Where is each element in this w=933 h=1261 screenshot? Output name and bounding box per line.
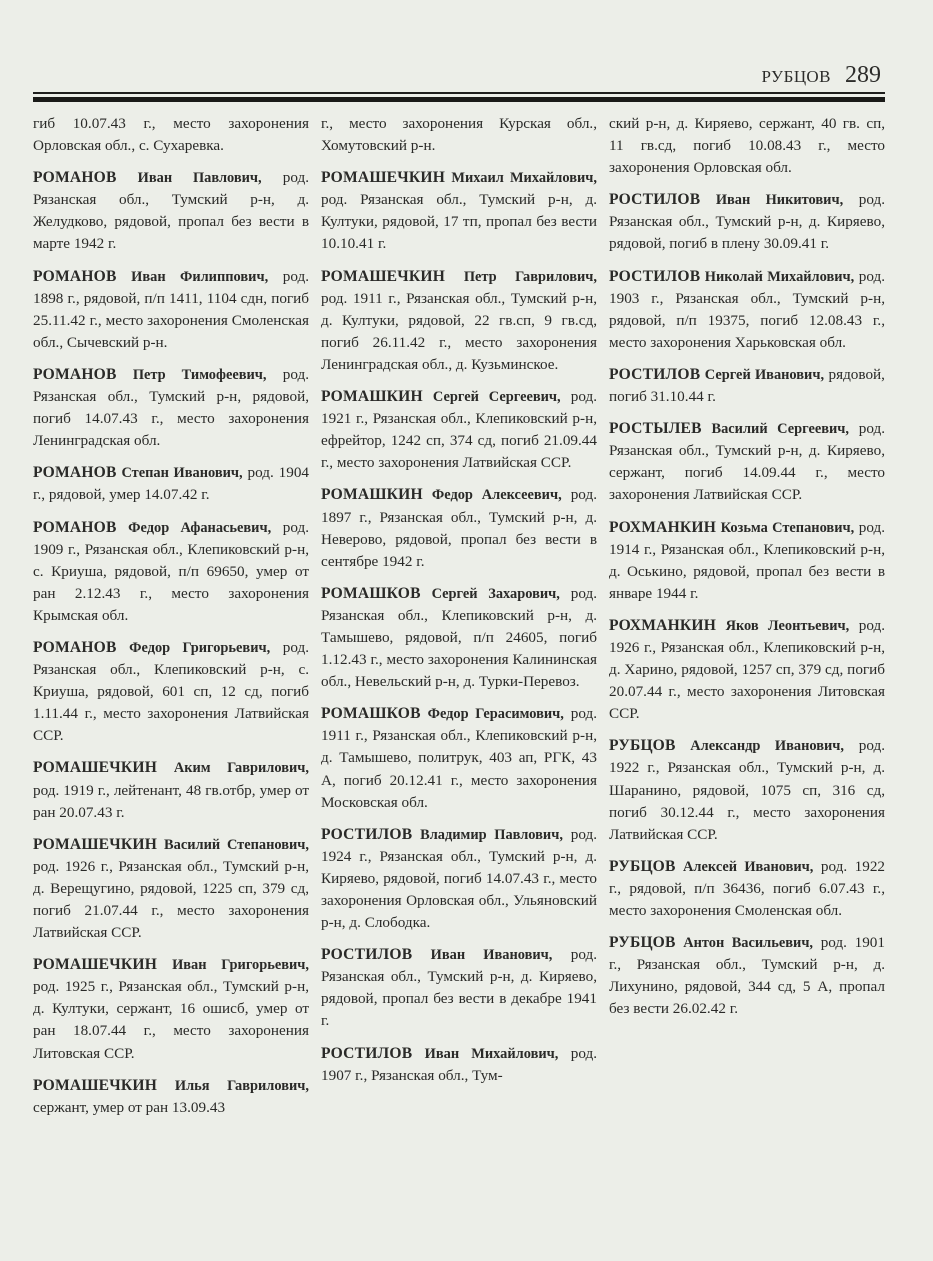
entry-surname: РУБЦОВ xyxy=(609,934,676,951)
entry-surname: РОСТИЛОВ xyxy=(609,366,700,383)
entry-surname: РОМАНОВ xyxy=(33,268,117,285)
continuation-text: ский р-н, д. Киряево, сержант, 40 гв. сп… xyxy=(609,113,885,179)
memorial-entry: РОСТИЛОВ Иван Иванович, род. Рязанская о… xyxy=(321,944,597,1032)
entry-surname: РОМАШЕЧКИН xyxy=(321,268,445,285)
entry-given-name: Александр Иванович, xyxy=(690,738,844,754)
entry-surname: РОСТИЛОВ xyxy=(321,946,412,963)
entry-given-name: Федор Алексеевич, xyxy=(432,487,562,503)
entry-surname: РОСТИЛОВ xyxy=(321,826,412,843)
entry-given-name: Михаил Михайлович, xyxy=(451,170,597,186)
entry-surname: РОМАШКИН xyxy=(321,486,423,503)
entry-given-name: Петр Тимофеевич, xyxy=(133,367,267,383)
memorial-entry: РОМАШЕЧКИН Василий Степанович, род. 1926… xyxy=(33,834,309,944)
memorial-entry: РОСТИЛОВ Николай Михайлович, род. 1903 г… xyxy=(609,266,885,354)
entry-given-name: Козьма Степанович, xyxy=(721,520,855,536)
entry-surname: РОМАШЕЧКИН xyxy=(33,956,157,973)
memorial-entry: РОСТИЛОВ Иван Никитович, род. Рязанская … xyxy=(609,189,885,255)
column-3: ский р-н, д. Киряево, сержант, 40 гв. сп… xyxy=(609,113,885,1129)
memorial-entry: РОМАШКОВ Сергей Захарович, род. Рязанска… xyxy=(321,583,597,693)
text-columns: гиб 10.07.43 г., место захоронения Орлов… xyxy=(33,113,885,1129)
memorial-entry: РОХМАНКИН Козьма Степанович, род. 1914 г… xyxy=(609,517,885,605)
continuation-text: гиб 10.07.43 г., место захоронения Орлов… xyxy=(33,113,309,157)
memorial-entry: РОМАШКОВ Федор Герасимович, род. 1911 г.… xyxy=(321,703,597,813)
memorial-entry: РОМАШКИН Федор Алексеевич, род. 1897 г.,… xyxy=(321,484,597,572)
memorial-entry: РОМАШЕЧКИН Михаил Михайлович, род. Рязан… xyxy=(321,167,597,255)
memorial-entry: РУБЦОВ Алексей Иванович, род. 1922 г., р… xyxy=(609,856,885,922)
entry-given-name: Василий Сергеевич, xyxy=(711,421,849,437)
entry-given-name: Аким Гаврилович, xyxy=(174,760,309,776)
memorial-entry: РОМАНОВ Иван Павлович, род. Рязанская об… xyxy=(33,167,309,255)
entry-given-name: Федор Афанасьевич, xyxy=(128,520,271,536)
entry-details: род. 1926 г., Рязанская обл., Тумский р-… xyxy=(33,858,309,941)
header-rule-thin xyxy=(33,92,885,94)
memorial-entry: РОМАНОВ Степан Иванович, род. 1904 г., р… xyxy=(33,462,309,506)
entry-surname: РОМАШКОВ xyxy=(321,705,421,722)
memorial-entry: РОМАШЕЧКИН Петр Гаврилович, род. 1911 г.… xyxy=(321,266,597,376)
memorial-entry: РОСТИЛОВ Сергей Иванович, рядовой, погиб… xyxy=(609,364,885,408)
memorial-entry: РОМАНОВ Федор Григорьевич, род. Рязанска… xyxy=(33,637,309,747)
continuation-text: г., место захоронения Курская обл., Хому… xyxy=(321,113,597,157)
entry-given-name: Николай Михайлович, xyxy=(705,269,854,285)
memorial-entry: РОМАШКИН Сергей Сергеевич, род. 1921 г.,… xyxy=(321,386,597,474)
memorial-entry: РОМАШЕЧКИН Иван Григорьевич, род. 1925 г… xyxy=(33,954,309,1064)
entry-surname: РУБЦОВ xyxy=(609,737,676,754)
entry-surname: РОСТИЛОВ xyxy=(609,268,700,285)
entry-surname: РОМАШЕЧКИН xyxy=(321,169,445,186)
entry-given-name: Владимир Павлович, xyxy=(420,827,563,843)
entry-given-name: Степан Иванович, xyxy=(121,465,242,481)
entry-surname: РОМАНОВ xyxy=(33,639,117,656)
entry-given-name: Илья Гаврилович, xyxy=(175,1078,309,1094)
entry-given-name: Федор Григорьевич, xyxy=(129,640,270,656)
header-rule-thick xyxy=(33,97,885,102)
entry-surname: РОМАНОВ xyxy=(33,464,117,481)
entry-details: род. Рязанская обл., Тумский р-н, д. Кул… xyxy=(321,191,597,252)
entry-given-name: Иван Иванович, xyxy=(431,947,553,963)
entry-given-name: Федор Герасимович, xyxy=(428,706,564,722)
entry-surname: РОМАШКИН xyxy=(321,388,423,405)
memorial-entry: РОСТЫЛЕВ Василий Сергеевич, род. Рязанск… xyxy=(609,418,885,506)
entry-surname: РОМАНОВ xyxy=(33,519,117,536)
page-number: 289 xyxy=(845,62,881,89)
entry-surname: РОМАШЕЧКИН xyxy=(33,836,157,853)
entry-surname: РОМАНОВ xyxy=(33,169,117,186)
entry-given-name: Яков Леонтьевич, xyxy=(726,618,850,634)
entry-given-name: Антон Васильевич, xyxy=(683,935,813,951)
entry-given-name: Иван Григорьевич, xyxy=(172,957,309,973)
entry-surname: РОМАШЕЧКИН xyxy=(33,1077,157,1094)
entry-surname: РОСТЫЛЕВ xyxy=(609,420,702,437)
entry-given-name: Петр Гаврилович, xyxy=(464,269,597,285)
memorial-entry: РОМАШЕЧКИН Илья Гаврилович, сержант, уме… xyxy=(33,1075,309,1119)
memorial-entry: РОСТИЛОВ Иван Михайлович, род. 1907 г., … xyxy=(321,1043,597,1087)
entry-surname: РОСТИЛОВ xyxy=(321,1045,412,1062)
entry-given-name: Сергей Иванович, xyxy=(705,367,824,383)
memorial-entry: РУБЦОВ Антон Васильевич, род. 1901 г., Р… xyxy=(609,932,885,1020)
entry-details: род. 1911 г., Рязанская обл., Тумский р-… xyxy=(321,290,597,373)
entry-surname: РОХМАНКИН xyxy=(609,617,716,634)
entry-surname: РОМАНОВ xyxy=(33,366,117,383)
entry-surname: РУБЦОВ xyxy=(609,858,676,875)
column-1: гиб 10.07.43 г., место захоронения Орлов… xyxy=(33,113,309,1129)
memorial-entry: РОМАНОВ Федор Афанасьевич, род. 1909 г.,… xyxy=(33,517,309,627)
running-head: РУБЦОВ 289 xyxy=(762,62,882,89)
entry-surname: РОМАШКОВ xyxy=(321,585,421,602)
entry-given-name: Иван Михайлович, xyxy=(425,1046,559,1062)
entry-given-name: Василий Степанович, xyxy=(164,837,309,853)
memorial-entry: РОМАНОВ Иван Филиппович, род. 1898 г., р… xyxy=(33,266,309,354)
entry-surname: РОСТИЛОВ xyxy=(609,191,700,208)
entry-given-name: Иван Никитович, xyxy=(716,192,843,208)
entry-details: сержант, умер от ран 13.09.43 xyxy=(33,1099,225,1116)
memorial-entry: РУБЦОВ Александр Иванович, род. 1922 г.,… xyxy=(609,735,885,845)
entry-details: род. 1919 г., лейтенант, 48 гв.отбр, уме… xyxy=(33,782,309,821)
entry-surname: РОХМАНКИН xyxy=(609,519,716,536)
memorial-entry: РОМАШЕЧКИН Аким Гаврилович, род. 1919 г.… xyxy=(33,757,309,823)
entry-given-name: Сергей Сергеевич, xyxy=(433,389,561,405)
entry-surname: РОМАШЕЧКИН xyxy=(33,759,157,776)
entry-given-name: Сергей Захарович, xyxy=(432,586,560,602)
entry-given-name: Иван Филиппович, xyxy=(131,269,268,285)
entry-given-name: Иван Павлович, xyxy=(138,170,262,186)
memorial-entry: РОМАНОВ Петр Тимофеевич, род. Рязанская … xyxy=(33,364,309,452)
entry-details: род. 1925 г., Рязанская обл., Тумский р-… xyxy=(33,978,309,1061)
memorial-entry: РОСТИЛОВ Владимир Павлович, род. 1924 г.… xyxy=(321,824,597,934)
entry-given-name: Алексей Иванович, xyxy=(683,859,813,875)
column-2: г., место захоронения Курская обл., Хому… xyxy=(321,113,597,1129)
running-title: РУБЦОВ xyxy=(762,67,832,87)
memorial-entry: РОХМАНКИН Яков Леонтьевич, род. 1926 г.,… xyxy=(609,615,885,725)
